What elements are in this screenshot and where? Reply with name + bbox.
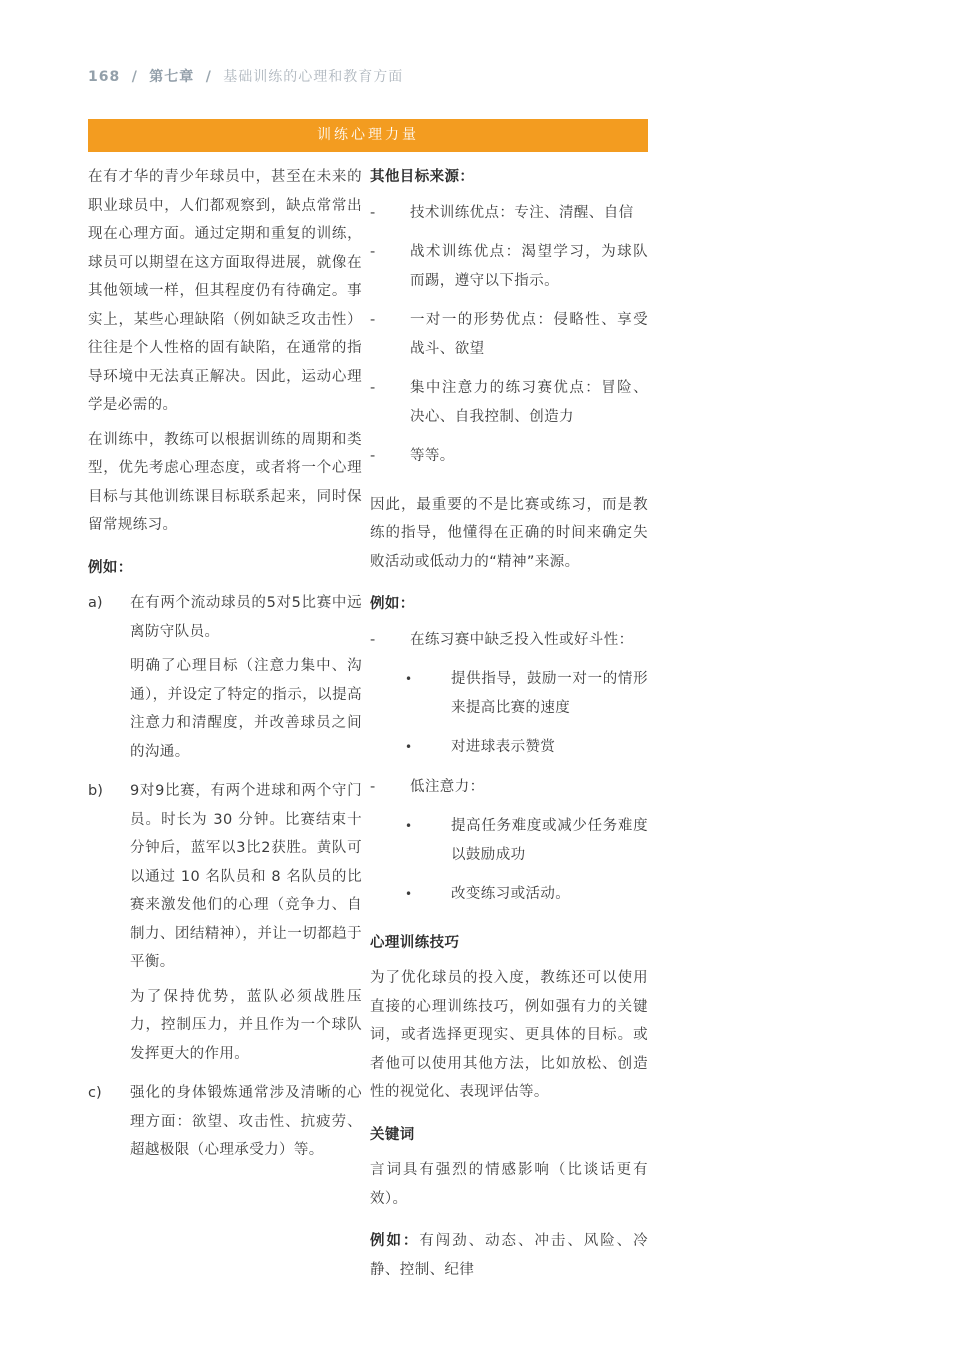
page-number: 168 [88,69,120,85]
right-examples-heading: 例如： [370,590,648,619]
example-item-a: a) 在有两个流动球员的5对5比赛中远离防守队员。 明确了心理目标（注意力集中、… [88,589,362,772]
dash-marker: - [370,773,410,808]
dash-marker: - [370,374,410,437]
sources-heading: 其他目标来源： [370,163,648,192]
source-text-5: 等等。 [410,442,648,471]
header-separator-2: / [206,69,212,85]
subitem-text: 提供指导，鼓励一对一的情形来提高比赛的速度 [451,665,648,722]
right-example-item-2: - 低注意力： [370,773,648,808]
list-marker-a: a) [88,589,130,772]
chapter-title: 基础训练的心理和教育方面 [223,69,403,85]
dash-marker: - [370,199,410,234]
right-example-item-1: - 在练习赛中缺乏投入性或好斗性： [370,626,648,661]
bullet-marker: • [405,880,451,915]
keywords-paragraph: 言词具有强烈的情感影响（比谈话更有效）。 [370,1156,648,1213]
example-item-b: b) 9对9比赛，有两个进球和两个守门员。时长为 30 分钟。比赛结束十分钟后，… [88,777,362,1074]
header-separator: / [132,69,138,85]
section-banner: 训练心理力量 [88,119,648,152]
list-marker-b: b) [88,777,130,1074]
mental-training-heading: 心理训练技巧 [370,929,648,958]
keywords-example-line: 例如：有闯劲、动态、冲击、风险、冷静、控制、纪律 [370,1227,648,1284]
chapter-label: 第七章 [149,69,194,85]
subitem-text: 对进球表示赞赏 [451,733,648,762]
two-column-body: 在有才华的青少年球员中，甚至在未来的职业球员中，人们都观察到，缺点常常出现在心理… [88,163,648,1290]
dash-marker: - [370,306,410,369]
right-example-text-1: 在练习赛中缺乏投入性或好斗性： [410,626,648,655]
left-examples-heading: 例如： [88,554,362,583]
list-marker-c: c) [88,1079,130,1171]
example-a-paragraph-2: 明确了心理目标（注意力集中、沟通），并设定了特定的指示，以提高注意力和清醒度，并… [130,652,362,766]
subitem-text: 改变练习或活动。 [451,880,648,909]
source-text-3: 一对一的形势优点：侵略性、享受战斗、欲望 [410,306,648,363]
source-text-4: 集中注意力的练习赛优点：冒险、决心、自我控制、创造力 [410,374,648,431]
example-b-paragraph-2: 为了保持优势，蓝队必须战胜压力，控制压力，并且作为一个球队发挥更大的作用。 [130,983,362,1069]
right-example-1-subitem-1: • 提供指导，鼓励一对一的情形来提高比赛的速度 [405,665,648,728]
source-text-1: 技术训练优点：专注、清醒、自信 [410,199,648,228]
dash-marker: - [370,238,410,301]
source-item-1: - 技术训练优点：专注、清醒、自信 [370,199,648,234]
right-example-text-2: 低注意力： [410,773,648,802]
left-column: 在有才华的青少年球员中，甚至在未来的职业球员中，人们都观察到，缺点常常出现在心理… [88,163,362,1290]
paragraph-intro-1: 在有才华的青少年球员中，甚至在未来的职业球员中，人们都观察到，缺点常常出现在心理… [88,163,362,420]
example-a-paragraph-1: 在有两个流动球员的5对5比赛中远离防守队员。 [130,589,362,646]
bullet-marker: • [405,812,451,875]
document-page: 168 / 第七章 / 基础训练的心理和教育方面 训练心理力量 在有才华的青少年… [0,0,959,1356]
source-text-2: 战术训练优点：渴望学习，为球队而踢，遵守以下指示。 [410,238,648,295]
page-header: 168 / 第七章 / 基础训练的心理和教育方面 [88,66,648,86]
example-c-paragraph-1: 强化的身体锻炼通常涉及清晰的心理方面：欲望、攻击性、抗疲劳、超越极限（心理承受力… [130,1079,362,1165]
example-b-paragraph-1: 9对9比赛，有两个进球和两个守门员。时长为 30 分钟。比赛结束十分钟后，蓝军以… [130,777,362,977]
bullet-marker: • [405,733,451,768]
right-example-2-subitem-1: • 提高任务难度或减少任务难度以鼓励成功 [405,812,648,875]
right-column: 其他目标来源： - 技术训练优点：专注、清醒、自信 - 战术训练优点：渴望学习，… [370,163,648,1290]
page-content: 168 / 第七章 / 基础训练的心理和教育方面 训练心理力量 在有才华的青少年… [88,66,648,1290]
keywords-heading: 关键词 [370,1121,648,1150]
dash-marker: - [370,626,410,661]
keywords-example-label: 例如： [370,1233,419,1249]
mental-training-paragraph: 为了优化球员的投入度，教练还可以使用直接的心理训练技巧，例如强有力的关键词，或者… [370,964,648,1107]
right-example-2-subitem-2: • 改变练习或活动。 [405,880,648,915]
right-example-1-subitem-2: • 对进球表示赞赏 [405,733,648,768]
source-item-4: - 集中注意力的练习赛优点：冒险、决心、自我控制、创造力 [370,374,648,437]
source-item-2: - 战术训练优点：渴望学习，为球队而踢，遵守以下指示。 [370,238,648,301]
subitem-text: 提高任务难度或减少任务难度以鼓励成功 [451,812,648,869]
source-item-3: - 一对一的形势优点：侵略性、享受战斗、欲望 [370,306,648,369]
bullet-marker: • [405,665,451,728]
source-item-5: - 等等。 [370,442,648,477]
dash-marker: - [370,442,410,477]
paragraph-intro-2: 在训练中，教练可以根据训练的周期和类型，优先考虑心理态度，或者将一个心理目标与其… [88,426,362,540]
example-item-c: c) 强化的身体锻炼通常涉及清晰的心理方面：欲望、攻击性、抗疲劳、超越极限（心理… [88,1079,362,1171]
conclusion-paragraph: 因此，最重要的不是比赛或练习，而是教练的指导，他懂得在正确的时间来确定失败活动或… [370,491,648,577]
